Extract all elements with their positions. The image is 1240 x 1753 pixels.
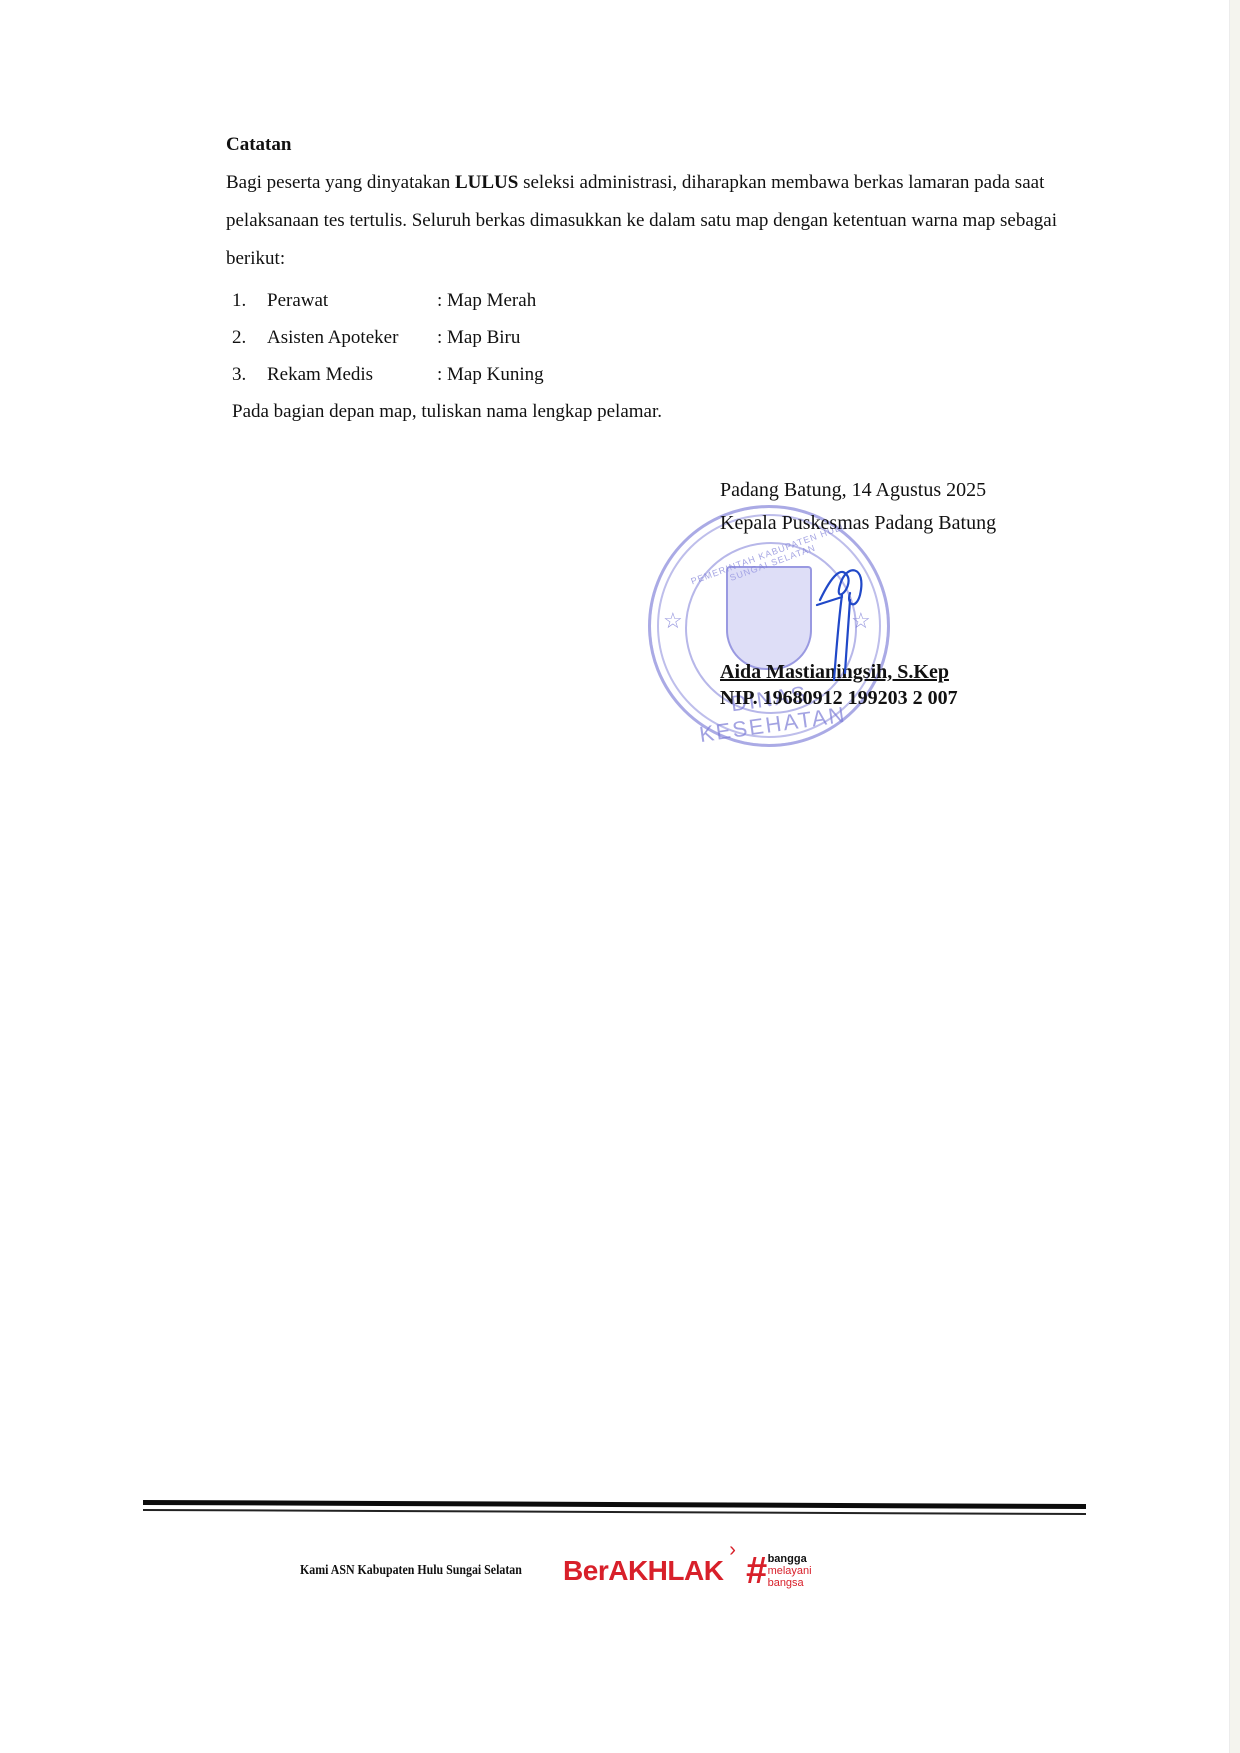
footer-divider-thick	[143, 1500, 1086, 1509]
notes-section: Catatan Bagi peserta yang dinyatakan LUL…	[226, 134, 1086, 427]
list-folder: : Map Merah	[437, 282, 536, 319]
chevron-right-icon: ›	[729, 1539, 735, 1562]
hashtag-word: bangsa	[768, 1577, 812, 1589]
page-edge-strip	[1229, 0, 1240, 1753]
emblem-shield-icon	[726, 566, 812, 670]
list-folder: : Map Kuning	[437, 356, 544, 393]
list-item: 1. Perawat : Map Merah	[232, 282, 1086, 319]
paragraph-bold: LULUS	[455, 172, 518, 193]
star-icon: ☆	[851, 608, 871, 634]
list-role: Perawat	[267, 282, 437, 319]
hashtag-icon: #	[745, 1552, 766, 1590]
signature-block: Padang Batung, 14 Agustus 2025 Kepala Pu…	[720, 475, 1120, 541]
brand-text: BerAKHLAK	[563, 1555, 723, 1586]
footer-divider-thin	[143, 1509, 1086, 1515]
closing-instruction: Pada bagian depan map, tuliskan nama len…	[232, 397, 1086, 427]
list-number: 2.	[232, 319, 267, 356]
signer-name: Aida Mastianingsih, S.Kep	[720, 661, 949, 684]
signer-nip: NIP. 19680912 199203 2 007	[720, 687, 958, 710]
hashtag-logo: # bangga melayani bangsa	[745, 1552, 811, 1590]
signer-position: Kepala Puskesmas Padang Batung	[720, 505, 1120, 541]
star-icon: ☆	[663, 608, 683, 634]
list-role: Asisten Apoteker	[267, 319, 437, 356]
list-role: Rekam Medis	[267, 356, 437, 393]
folder-color-list: 1. Perawat : Map Merah 2. Asisten Apotek…	[232, 282, 1086, 393]
footer-text: Kami ASN Kabupaten Hulu Sungai Selatan	[300, 1563, 522, 1579]
hashtag-word: melayani	[768, 1565, 812, 1577]
list-item: 3. Rekam Medis : Map Kuning	[232, 356, 1086, 393]
notes-title: Catatan	[226, 134, 1086, 156]
list-folder: : Map Biru	[437, 319, 520, 356]
official-stamp: PEMERINTAH KABUPATEN HULU SUNGAI SELATAN…	[648, 505, 890, 747]
hashtag-word: bangga	[768, 1553, 812, 1565]
berakhlak-logo: BerAKHLAK ›	[563, 1555, 723, 1587]
footer: Kami ASN Kabupaten Hulu Sungai Selatan B…	[300, 1552, 812, 1590]
list-number: 1.	[232, 282, 267, 319]
hashtag-words: bangga melayani bangsa	[768, 1553, 812, 1589]
notes-paragraph: Bagi peserta yang dinyatakan LULUS selek…	[226, 164, 1086, 278]
place-date: Padang Batung, 14 Agustus 2025	[720, 475, 1120, 505]
list-number: 3.	[232, 356, 267, 393]
list-item: 2. Asisten Apoteker : Map Biru	[232, 319, 1086, 356]
paragraph-prefix: Bagi peserta yang dinyatakan	[226, 172, 455, 193]
